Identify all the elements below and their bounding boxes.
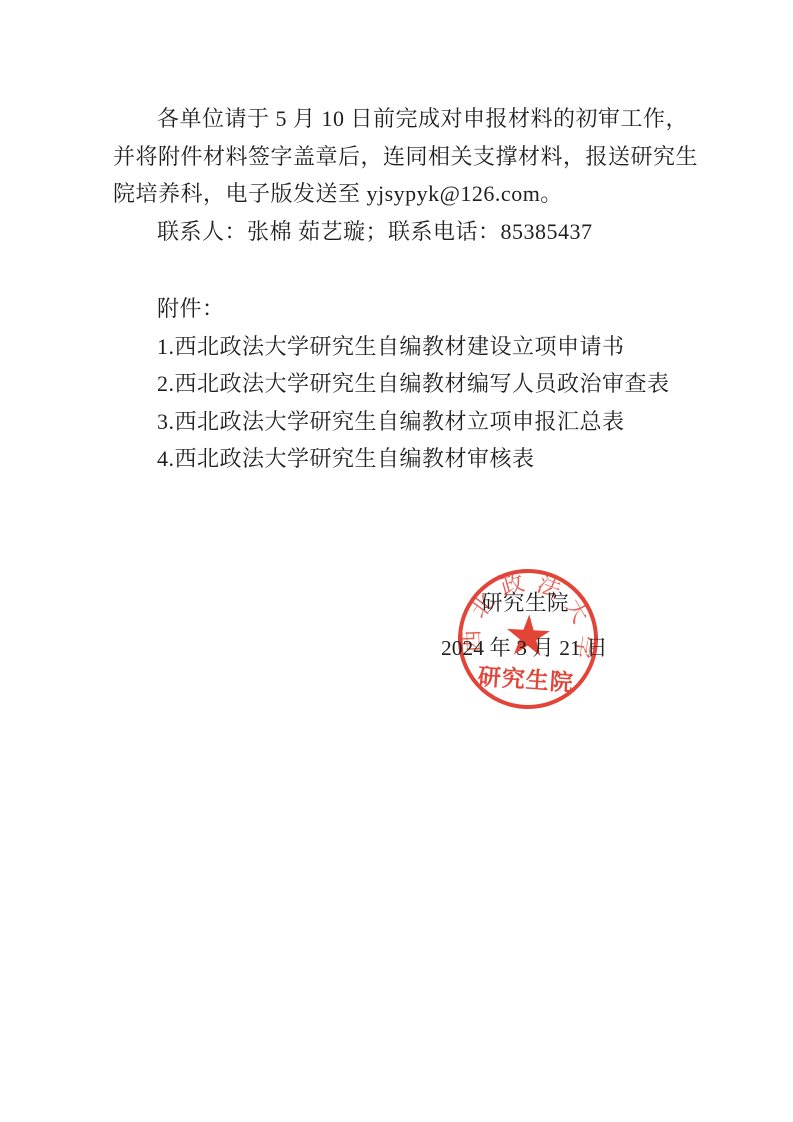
attachments-label: 附件： bbox=[113, 290, 733, 328]
attachment-item: 4.西北政法大学研究生自编教材审核表 bbox=[113, 440, 733, 478]
attachment-item: 2.西北政法大学研究生自编教材编写人员政治审查表 bbox=[113, 365, 733, 403]
attachment-item: 3.西北政法大学研究生自编教材立项申报汇总表 bbox=[113, 403, 733, 441]
attachments-section: 附件： 1.西北政法大学研究生自编教材建设立项申请书 2.西北政法大学研究生自编… bbox=[113, 290, 733, 478]
signature-issuer: 研究生院 bbox=[481, 586, 569, 617]
seal-bottom-text: 研究生院 bbox=[477, 658, 575, 698]
attachment-item: 1.西北政法大学研究生自编教材建设立项申请书 bbox=[113, 328, 733, 366]
document-body: 各单位请于 5 月 10 日前完成对申报材料的初审工作， 并将附件材料签字盖章后… bbox=[113, 100, 733, 478]
signature-date: 2024 年 3 月 21 日 bbox=[441, 631, 608, 662]
paragraph-line: 院培养科，电子版发送至 yjsypyk@126.com。 bbox=[113, 175, 733, 213]
document-page: 各单位请于 5 月 10 日前完成对申报材料的初审工作， 并将附件材料签字盖章后… bbox=[0, 0, 793, 1122]
contact-line: 联系人：张棉 茹艺璇；联系电话：85385437 bbox=[113, 213, 733, 251]
paragraph-line: 并将附件材料签字盖章后，连同相关支撑材料，报送研究生 bbox=[113, 138, 733, 176]
paragraph-line: 各单位请于 5 月 10 日前完成对申报材料的初审工作， bbox=[113, 100, 733, 138]
